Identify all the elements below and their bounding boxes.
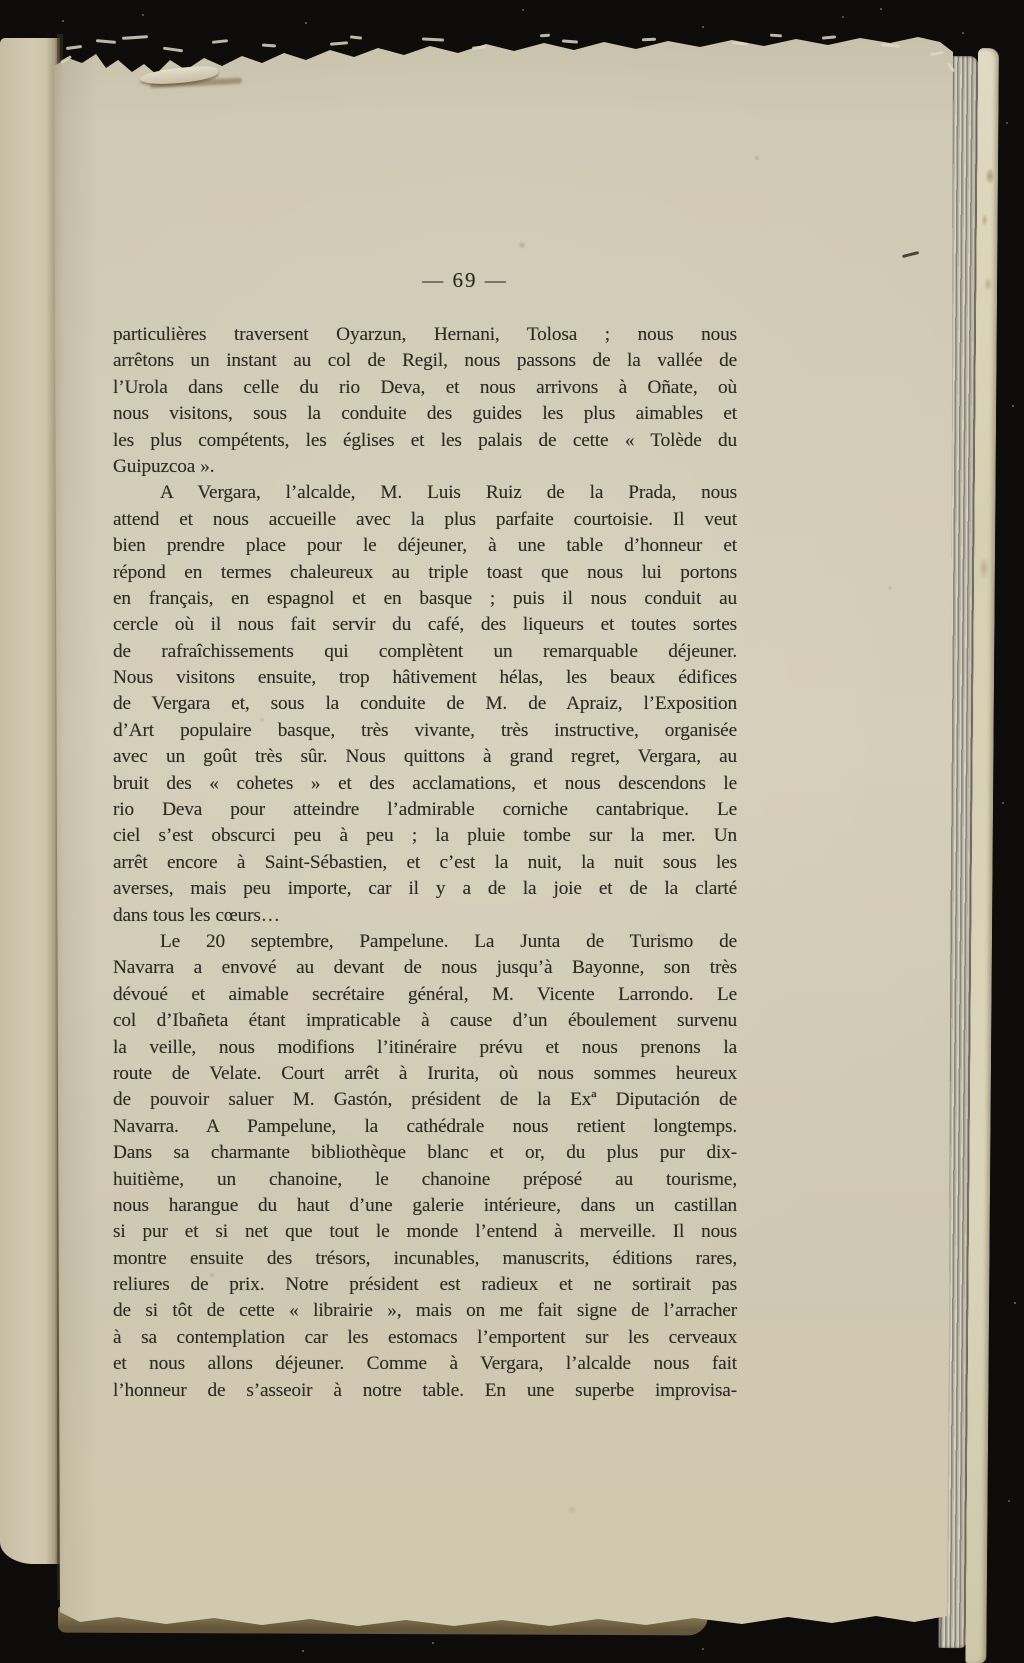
text-line: nous visitons, sous la conduite des guid… xyxy=(113,401,737,427)
text-layer: — 69 — particulières traversent Oyarzun,… xyxy=(0,0,1024,1663)
text-line: répond en termes chaleureux au triple to… xyxy=(113,560,737,586)
text-line: arrêtons un instant au col de Regil, nou… xyxy=(113,348,737,374)
text-line: de pouvoir saluer M. Gastón, président d… xyxy=(113,1087,737,1113)
text-line: nous harangue du haut d’une galerie inté… xyxy=(113,1193,737,1219)
text-line: cercle où il nous fait servir du café, d… xyxy=(113,612,737,638)
text-line: attend et nous accueille avec la plus pa… xyxy=(113,507,737,533)
text-line: l’honneur de s’asseoir à notre table. En… xyxy=(113,1378,737,1404)
text-line: Guipuzcoa ». xyxy=(113,454,737,480)
text-line: dévoué et aimable secrétaire général, M.… xyxy=(113,982,737,1008)
book-scan: — 69 — particulières traversent Oyarzun,… xyxy=(0,0,1024,1663)
text-line: particulières traversent Oyarzun, Hernan… xyxy=(113,322,737,348)
text-line: ciel s’est obscurci peu à peu ; la pluie… xyxy=(113,823,737,849)
text-line: si pur et si net que tout le monde l’ent… xyxy=(113,1219,737,1245)
text-line: de Vergara et, sous la conduite de M. de… xyxy=(113,691,737,717)
text-line: bien prendre place pour le déjeuner, à u… xyxy=(113,533,737,559)
text-line: montre ensuite des trésors, incunables, … xyxy=(113,1246,737,1272)
text-line: et nous allons déjeuner. Comme à Vergara… xyxy=(113,1351,737,1377)
text-line: Dans sa charmante bibliothèque blanc et … xyxy=(113,1140,737,1166)
paragraph: A Vergara, l’alcalde, M. Luis Ruiz de la… xyxy=(113,480,737,929)
text-line: huitième, un chanoine, le chanoine prépo… xyxy=(113,1167,737,1193)
text-line: averses, mais peu importe, car il y a de… xyxy=(113,876,737,902)
text-line: Nous visitons ensuite, trop hâtivement h… xyxy=(113,665,737,691)
text-line: à sa contemplation car les estomacs l’em… xyxy=(113,1325,737,1351)
text-line: les plus compétents, les églises et les … xyxy=(113,428,737,454)
text-line: la veille, nous modifions l’itinéraire p… xyxy=(113,1035,737,1061)
text-line: col d’Ibañeta étant impraticable à cause… xyxy=(113,1008,737,1034)
text-line: de rafraîchissements qui complètent un r… xyxy=(113,639,737,665)
text-line: A Vergara, l’alcalde, M. Luis Ruiz de la… xyxy=(113,480,737,506)
page-number: — 69 — xyxy=(113,268,777,293)
paragraph: Le 20 septembre, Pampelune. La Junta de … xyxy=(113,929,737,1404)
text-line: reliures de prix. Notre président est ra… xyxy=(113,1272,737,1298)
text-line: dans tous les cœurs… xyxy=(113,903,737,929)
text-line: Navarra. A Pampelune, la cathédrale nous… xyxy=(113,1114,737,1140)
text-line: arrêt encore à Saint-Sébastien, et c’est… xyxy=(113,850,737,876)
text-line: rio Deva pour atteindre l’admirable corn… xyxy=(113,797,737,823)
text-line: l’Urola dans celle du rio Deva, et nous … xyxy=(113,375,737,401)
text-line: bruit des « cohetes » et des acclamation… xyxy=(113,771,737,797)
text-line: de si tôt de cette « librairie », mais o… xyxy=(113,1298,737,1324)
text-column: particulières traversent Oyarzun, Hernan… xyxy=(113,322,737,1404)
text-line: Le 20 septembre, Pampelune. La Junta de … xyxy=(113,929,737,955)
text-line: d’Art populaire basque, très vivante, tr… xyxy=(113,718,737,744)
text-line: en français, en espagnol et en basque ; … xyxy=(113,586,737,612)
text-line: route de Velate. Court arrêt à Irurita, … xyxy=(113,1061,737,1087)
text-line: avec un goût très sûr. Nous quittons à g… xyxy=(113,744,737,770)
text-line: Navarra a envové au devant de nous jusqu… xyxy=(113,955,737,981)
paragraph: particulières traversent Oyarzun, Hernan… xyxy=(113,322,737,480)
body-text: particulières traversent Oyarzun, Hernan… xyxy=(113,322,737,1404)
